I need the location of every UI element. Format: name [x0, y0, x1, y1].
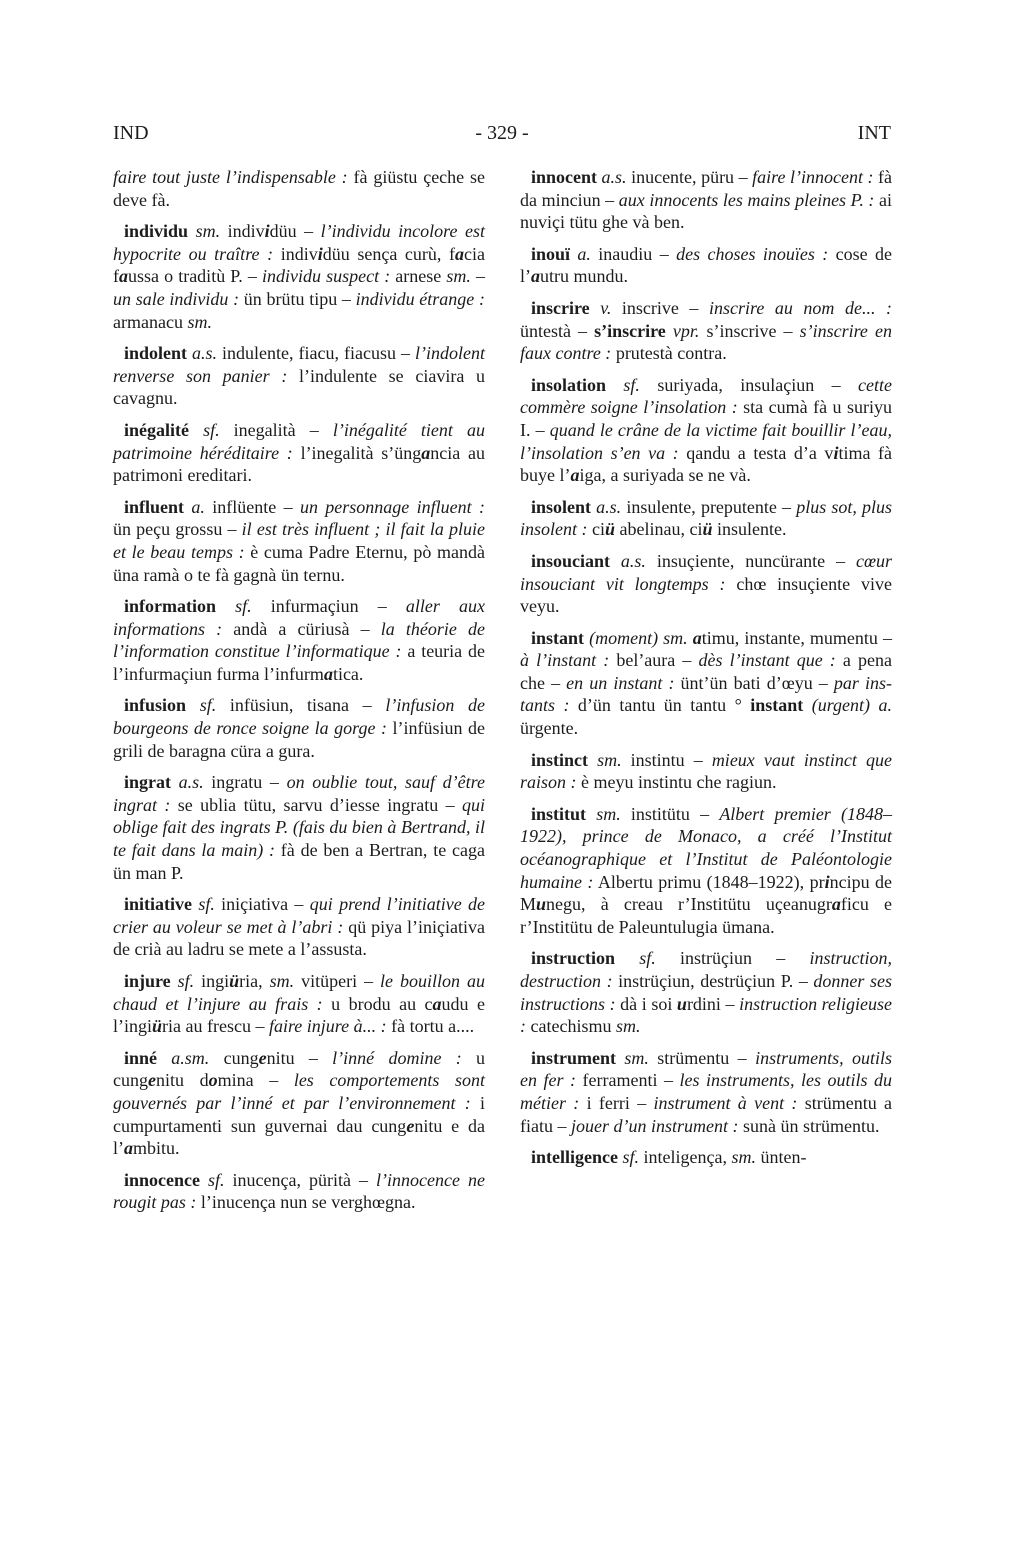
grammar-label: v. — [590, 298, 612, 318]
french-example: des choses inouïes : — [676, 244, 828, 264]
grammar-label: a.s. — [610, 551, 646, 571]
grammar-label: sf. — [615, 948, 656, 968]
translation-text: timu, instan­te, mumentu – — [702, 628, 892, 648]
headword: insouciant — [531, 551, 610, 571]
french-example: à l’instant : — [520, 650, 609, 670]
translation-text: indiv — [273, 244, 318, 264]
entry-institut: institut sm. institütu – Albert premier … — [520, 803, 892, 939]
translation-text: ferramenti – — [576, 1070, 679, 1090]
grammar-label: a. — [570, 244, 591, 264]
translation-text: inegalità – — [220, 420, 333, 440]
translation-text: vitüperi – — [294, 971, 380, 991]
translation-text: ria au frescu – — [162, 1016, 269, 1036]
translation-text: ingratu – — [204, 772, 287, 792]
grammar-label: sf. — [186, 695, 216, 715]
translation-text: dà i soi — [616, 994, 677, 1014]
grammar-label: sf. — [171, 971, 194, 991]
french-example: un personnage influent : — [300, 497, 485, 517]
entry-indolent: indolent a.s. indulente, fiacu, fiacusu … — [113, 342, 485, 410]
translation-text: indiv — [220, 221, 265, 241]
headword: insolent — [531, 497, 591, 517]
french-example: dès l’instant que : — [699, 650, 836, 670]
entry-inoui: inouï a. inaudiu – des choses inouïes : … — [520, 243, 892, 288]
entry-insouciant: insouciant a.s. insuçiente, nuncürante –… — [520, 550, 892, 618]
french-example: instrument à vent : — [654, 1093, 798, 1113]
french-example: un sale individu : — [113, 289, 239, 309]
french-example: (moment) — [584, 628, 658, 648]
french-example: jouer d’un instrument : — [571, 1116, 738, 1136]
translation-text: suriyada, insulaçiun – — [640, 375, 858, 395]
grammar-label: sf. — [200, 1170, 225, 1190]
translation-text: nitu – — [267, 1048, 333, 1068]
translation-text: s’inscrive – — [699, 321, 799, 341]
grammar-label: sm. — [616, 1016, 641, 1036]
grammar-label: sm. — [588, 750, 622, 770]
translation-text: abelinau, ci — [615, 519, 702, 539]
grammar-label: sf. — [216, 596, 252, 616]
headword: instant — [750, 695, 803, 715]
accent-mark: a — [832, 894, 841, 914]
accent-mark: a — [119, 266, 128, 286]
translation-text: armanacu — [113, 312, 187, 332]
translation-text: l’inucença nun se verghœgna. — [196, 1192, 415, 1212]
headword: inégalité — [124, 420, 189, 440]
translation-text: negu, à creau r’Institütu uçeanugr — [546, 894, 832, 914]
headword: information — [124, 596, 216, 616]
french-example: en un instant : — [566, 673, 674, 693]
translation-text: andà a cüriusà – — [222, 619, 381, 639]
entry-infusion: infusion sf. infüsiun, tisana – l’infu­s… — [113, 694, 485, 762]
accent-mark: u — [677, 994, 687, 1014]
translation-text: infüsiun, tisana – — [216, 695, 385, 715]
translation-text: se ublia tütu, sarvu d’iesse ingratu – — [170, 795, 462, 815]
entry-inne: inné a.sm. cungenitu – l’inné domi­ne : … — [113, 1047, 485, 1160]
translation-text: infurmaçiun – — [252, 596, 406, 616]
headword: individu — [124, 221, 188, 241]
translation-text: – — [471, 266, 485, 286]
translation-text: ria, — [239, 971, 269, 991]
accent-mark: a — [433, 994, 442, 1014]
headword: inouï — [531, 244, 570, 264]
grammar-label: a. — [870, 695, 892, 715]
translation-text: inflüente – — [205, 497, 300, 517]
headword: instrument — [531, 1048, 616, 1068]
accent-mark: ü — [702, 519, 712, 539]
grammar-label: sm. — [270, 971, 295, 991]
entry-instinct: instinct sm. instintu – mieux vaut insti… — [520, 749, 892, 794]
headword: intelligence — [531, 1147, 618, 1167]
translation-text: inaudiu – — [591, 244, 676, 264]
entry-innocent: innocent a.s. inucente, püru – faire l’i… — [520, 166, 892, 234]
grammar-label: sm. — [188, 221, 220, 241]
entry-initiative: initiative sf. iniçiativa – qui prend l’… — [113, 893, 485, 961]
entry-instant: instant (moment) sm. atimu, instan­te, m… — [520, 627, 892, 740]
grammar-label: a.s. — [187, 343, 217, 363]
entry-inegalite: inégalité sf. inegalità – l’inégalité ti… — [113, 419, 485, 487]
accent-mark: a — [421, 443, 430, 463]
translation-text: è meyu instintu che ragiun. — [577, 772, 777, 792]
translation-text: qandu a testa d’a v — [679, 443, 834, 463]
translation-text: instrüçiun – — [656, 948, 810, 968]
translation-text: bel’aura – — [609, 650, 698, 670]
grammar-label: a.s. — [171, 772, 204, 792]
entry-ingrat: ingrat a.s. ingratu – on oublie tout, sa… — [113, 771, 485, 884]
entry-insolation: insolation sf. suriyada, insulaçiun – ce… — [520, 374, 892, 487]
translation-text: cung — [209, 1048, 258, 1068]
translation-text: strümentu – — [649, 1048, 755, 1068]
translation-text: tica. — [333, 664, 363, 684]
headword: influent — [124, 497, 184, 517]
accent-mark: a — [693, 628, 702, 648]
translation-text: inucente, püru – — [627, 167, 753, 187]
grammar-label: vpr. — [666, 321, 700, 341]
grammar-label: a.s. — [597, 167, 627, 187]
french-example: faire tout juste l’indispensable : — [113, 167, 348, 187]
translation-text: instrüçiun, destrüçiun P. – — [613, 971, 814, 991]
translation-text: mina – — [218, 1070, 294, 1090]
accent-mark: e — [259, 1048, 267, 1068]
french-example: inscrire au nom de... : — [709, 298, 892, 318]
french-example: (urgent) — [803, 695, 870, 715]
entry-instruction: instruction sf. instrüçiun – instruc­tio… — [520, 947, 892, 1037]
translation-text: Albertu pri­mu (1848–1922), pr — [593, 872, 824, 892]
translation-text: prutestà contra. — [611, 343, 726, 363]
grammar-label: sm. — [586, 804, 621, 824]
accent-mark: a — [324, 664, 333, 684]
grammar-label: sm. — [658, 628, 688, 648]
translation-text: iga, a suriyada se ne và. — [579, 465, 750, 485]
translation-text: ün brütu tipu – — [239, 289, 356, 309]
grammar-label: sm. — [616, 1048, 649, 1068]
left-column: faire tout juste l’indispensable : fà gi… — [113, 166, 485, 1223]
translation-text: l’inegalità s’üng — [293, 443, 421, 463]
headword: inscrire — [531, 298, 590, 318]
entry-influent: influent a. inflüente – un personnage in… — [113, 496, 485, 586]
grammar-label: sf. — [618, 1147, 639, 1167]
headword: infusion — [124, 695, 186, 715]
translation-text: institütu – — [621, 804, 720, 824]
headword: inné — [124, 1048, 157, 1068]
french-example: faire injure à... : — [269, 1016, 387, 1036]
translation-text: insulente. — [713, 519, 787, 539]
translation-text: utru mundu. — [540, 266, 628, 286]
accent-mark: ü — [229, 971, 239, 991]
translation-text: indulente, fiacu, fiacusu – — [217, 343, 415, 363]
french-example: l’inné domi­ne : — [332, 1048, 462, 1068]
entry-intelligence: intelligence sf. inteligença, sm. ünten- — [520, 1146, 892, 1169]
translation-text: insuçiente, nuncürante – — [646, 551, 856, 571]
headword: innocent — [531, 167, 597, 187]
headword: insolation — [531, 375, 606, 395]
translation-text: ürgente. — [520, 718, 578, 738]
entry-innocence: innocence sf. inucença, pürità – l’in­no… — [113, 1169, 485, 1214]
grammar-label: a.sm. — [157, 1048, 209, 1068]
translation-text: u brodu au c — [323, 994, 433, 1014]
grammar-label: sf. — [606, 375, 640, 395]
entry-inscrire: inscrire v. inscrive – inscrire au nom d… — [520, 297, 892, 365]
translation-text: rdini – — [687, 994, 739, 1014]
entry-injure: injure sf. ingiüria, sm. vitüperi – le b… — [113, 970, 485, 1038]
translation-text: ingi — [194, 971, 229, 991]
translation-text: fà tortu a.... — [387, 1016, 474, 1036]
accent-mark: a — [455, 244, 464, 264]
grammar-label: sm. — [446, 266, 471, 286]
accent-mark: a — [531, 266, 540, 286]
accent-mark: u — [536, 894, 546, 914]
translation-text: catechis­mu — [526, 1016, 616, 1036]
translation-text: insulente, preputente – — [621, 497, 796, 517]
translation-text: d’ün tantu ün tantu ° — [569, 695, 750, 715]
accent-mark: ü — [605, 519, 615, 539]
grammar-label: sm. — [187, 312, 212, 332]
translation-text: ünten- — [756, 1147, 806, 1167]
grammar-label: sf. — [189, 420, 220, 440]
grammar-label: a. — [184, 497, 205, 517]
translation-text: ünt’ün bati d’œyu – — [674, 673, 833, 693]
translation-text: nitu d — [156, 1070, 209, 1090]
translation-text: arnese — [390, 266, 446, 286]
accent-mark: a — [124, 1138, 133, 1158]
running-header: IND - 329 - INT — [113, 118, 891, 148]
right-column: innocent a.s. inucente, püru – faire l’i… — [520, 166, 892, 1178]
headword: initiative — [124, 894, 192, 914]
translation-text: ün peçu grossu – — [113, 519, 242, 539]
french-example: faire l’innocent : — [752, 167, 873, 187]
headword: instant — [531, 628, 584, 648]
translation-text: inteligença, — [639, 1147, 731, 1167]
translation-text: i ferri – — [579, 1093, 653, 1113]
headword: institut — [531, 804, 586, 824]
headword: s’inscrire — [594, 321, 666, 341]
grammar-label: sf. — [192, 894, 215, 914]
headword: indolent — [124, 343, 187, 363]
translation-text: sunà ün strü­mentu. — [738, 1116, 879, 1136]
entry-individu: individu sm. individüu – l’individu inco… — [113, 220, 485, 333]
entry-information: information sf. infurmaçiun – aller aux … — [113, 595, 485, 685]
entry-insolent: insolent a.s. insulente, preputente – pl… — [520, 496, 892, 541]
translation-text: inucença, pürità – — [225, 1170, 377, 1190]
entry-cont: faire tout juste l’indispensable : fà gi… — [113, 166, 485, 211]
accent-mark: ü — [152, 1016, 162, 1036]
entry-instrument: instrument sm. strümentu – instru­ments,… — [520, 1047, 892, 1137]
grammar-label: a.s. — [591, 497, 621, 517]
header-right-guide-word: INT — [858, 118, 891, 148]
translation-text: düu sença curù, f — [323, 244, 455, 264]
translation-text: ci — [588, 519, 606, 539]
translation-text: ussa o traditù P. – — [128, 266, 262, 286]
translation-text: düu – — [270, 221, 321, 241]
french-example: individu suspect : — [262, 266, 390, 286]
french-example: individu étrange : — [356, 289, 485, 309]
headword: instinct — [531, 750, 588, 770]
page-number: - 329 - — [113, 118, 891, 148]
translation-text: instintu – — [622, 750, 712, 770]
headword: instruction — [531, 948, 615, 968]
headword: innocence — [124, 1170, 200, 1190]
translation-text: inscrive – — [611, 298, 709, 318]
translation-text: iniçiativa – — [215, 894, 310, 914]
accent-mark: o — [209, 1070, 218, 1090]
headword: ingrat — [124, 772, 171, 792]
translation-text: mbitu. — [133, 1138, 180, 1158]
headword: injure — [124, 971, 171, 991]
translation-text: üntestà – — [520, 321, 594, 341]
french-example: aux inno­cents les mains pleines P. : — [619, 190, 875, 210]
grammar-label: sm. — [731, 1147, 756, 1167]
accent-mark: e — [148, 1070, 156, 1090]
